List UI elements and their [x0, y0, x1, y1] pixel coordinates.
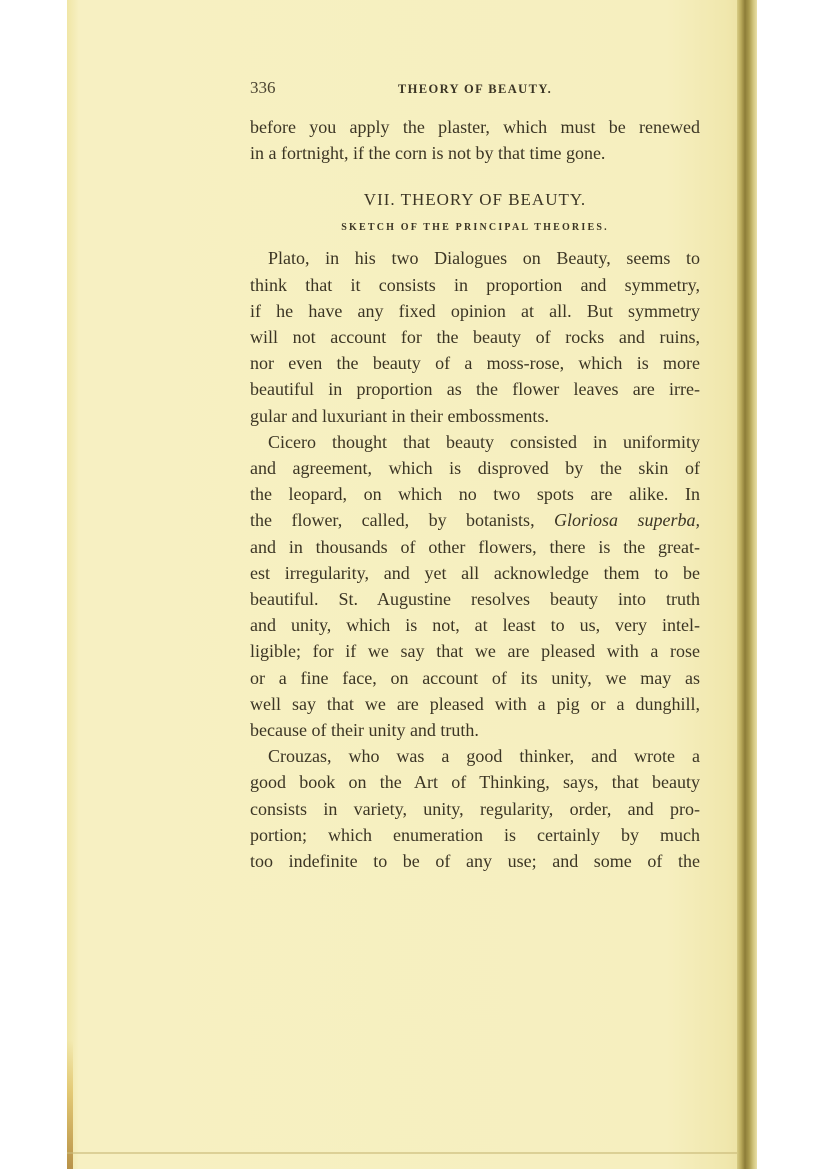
- book-spine-gutter: [737, 0, 757, 1169]
- continued-paragraph: before you apply the plaster, which must…: [250, 114, 700, 166]
- italic-botanical-name: Gloriosa superba,: [554, 510, 700, 530]
- page-bottom-edge: [67, 1152, 737, 1154]
- text-line: because of their unity and truth.: [250, 717, 700, 743]
- page-edge-stain: [67, 1040, 73, 1169]
- text-line: before you apply the plaster, which must…: [250, 114, 700, 140]
- paragraph-cicero: Cicero thought that beauty consisted in …: [250, 429, 700, 743]
- text-fragment: the flower, called, by botanists,: [250, 510, 554, 530]
- text-line: and agreement, which is disproved by the…: [250, 455, 700, 481]
- text-line: Plato, in his two Dialogues on Beauty, s…: [250, 245, 700, 271]
- text-line: est irregularity, and yet all acknowledg…: [250, 560, 700, 586]
- text-line: think that it consists in proportion and…: [250, 272, 700, 298]
- text-line: nor even the beauty of a moss-rose, whic…: [250, 350, 700, 376]
- text-line: too indefinite to be of any use; and som…: [250, 848, 700, 874]
- running-title: THEORY OF BEAUTY.: [250, 82, 700, 97]
- text-line: gular and luxuriant in their embossments…: [250, 403, 700, 429]
- text-line: portion; which enumeration is certainly …: [250, 822, 700, 848]
- text-line: will not account for the beauty of rocks…: [250, 324, 700, 350]
- text-line: and unity, which is not, at least to us,…: [250, 612, 700, 638]
- text-line: beautiful in proportion as the flower le…: [250, 376, 700, 402]
- text-line: ligible; for if we say that we are pleas…: [250, 638, 700, 664]
- running-header: 336 THEORY OF BEAUTY.: [250, 78, 700, 106]
- text-line: in a fortnight, if the corn is not by th…: [250, 140, 700, 166]
- paragraph-plato: Plato, in his two Dialogues on Beauty, s…: [250, 245, 700, 428]
- text-line: if he have any fixed opinion at all. But…: [250, 298, 700, 324]
- text-line: consists in variety, unity, regularity, …: [250, 796, 700, 822]
- page-text-block: 336 THEORY OF BEAUTY. before you apply t…: [250, 78, 700, 874]
- text-line: good book on the Art of Thinking, says, …: [250, 769, 700, 795]
- section-heading: VII. THEORY OF BEAUTY.: [250, 190, 700, 210]
- text-line: the leopard, on which no two spots are a…: [250, 481, 700, 507]
- text-line: well say that we are pleased with a pig …: [250, 691, 700, 717]
- paragraph-crouzas: Crouzas, who was a good thinker, and wro…: [250, 743, 700, 874]
- text-line-with-italic: the flower, called, by botanists, Glorio…: [250, 507, 700, 533]
- text-line: beautiful. St. Augustine resolves beauty…: [250, 586, 700, 612]
- text-line: Cicero thought that beauty consisted in …: [250, 429, 700, 455]
- section-subheading: SKETCH OF THE PRINCIPAL THEORIES.: [250, 222, 700, 233]
- text-line: and in thousands of other flowers, there…: [250, 534, 700, 560]
- text-line: Crouzas, who was a good thinker, and wro…: [250, 743, 700, 769]
- text-line: or a fine face, on account of its unity,…: [250, 665, 700, 691]
